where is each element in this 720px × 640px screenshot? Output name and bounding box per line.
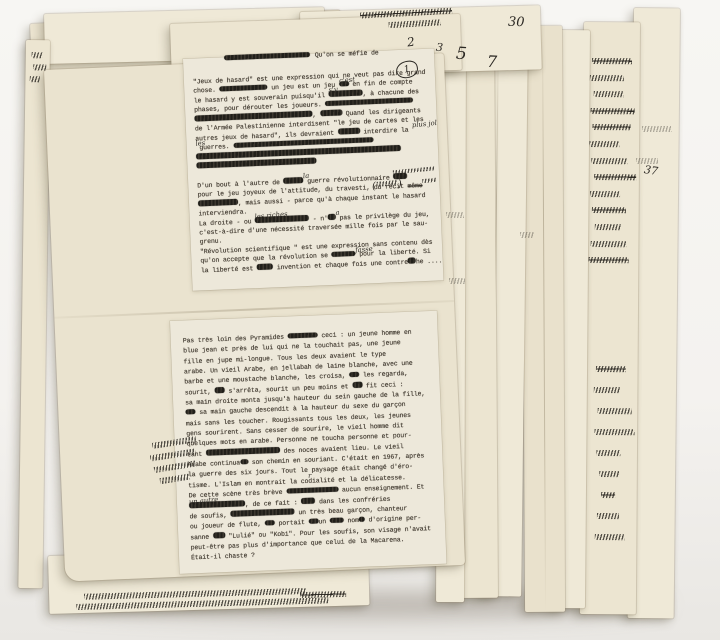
typed-block-1: "Jeux de hasard" est une expression qui … <box>193 62 437 270</box>
handwriting-squiggle <box>596 366 626 372</box>
handwriting-squiggle <box>377 180 397 187</box>
handwriting-squiggle <box>33 64 46 70</box>
ink-obliteration <box>257 264 273 270</box>
handwritten-insert-text: fasse <box>355 246 373 254</box>
handwritten-insert-text: la <box>303 173 310 180</box>
page-number-3: 3 <box>435 41 443 55</box>
handwriting-squiggle <box>30 76 40 82</box>
handwriting-squiggle <box>589 141 619 147</box>
handwriting-squiggle <box>594 387 620 393</box>
handwritten-insert-text: s'y <box>328 87 338 95</box>
page-number-5: 5 <box>455 44 467 65</box>
manuscript-photo: "Jeux de hasard" est une expression qui … <box>0 0 720 640</box>
paper-crease <box>542 26 546 612</box>
typed-sheet-1: "Jeux de hasard" est une expression qui … <box>183 48 443 290</box>
handwriting-squiggle <box>591 108 635 114</box>
typed-sheet-2: Pas très loin des Pyramides ceci : un je… <box>170 311 447 574</box>
typed-text: invention et chaque fois une contre <box>273 259 408 272</box>
handwriting-squiggle <box>598 408 632 414</box>
handwriting-squiggle <box>449 278 465 284</box>
typed-text: la liberté est <box>201 265 258 274</box>
handwriting-squiggle <box>591 241 627 247</box>
handwriting-squiggle <box>594 174 636 180</box>
handwriting-squiggle <box>422 178 436 183</box>
page-number-7: 7 <box>487 52 498 71</box>
handwriting-squiggle <box>446 212 464 218</box>
handwriting-squiggle <box>590 75 624 81</box>
handwritten-insert-text: les <box>195 139 205 147</box>
handwriting-squiggle <box>595 224 621 230</box>
handwriting-squiggle <box>596 450 620 456</box>
handwriting-squiggle <box>636 158 658 164</box>
handwriting-squiggle <box>599 471 619 477</box>
struck-typed-header-line: Qu'on se méfie de <box>205 23 379 84</box>
handwriting-squiggle <box>520 232 534 238</box>
page-number-37: 37 <box>643 163 659 178</box>
ink-obliteration <box>224 51 310 60</box>
handwriting-squiggle <box>589 257 629 263</box>
handwriting-squiggle <box>590 191 620 197</box>
paren-close: ) <box>397 179 402 190</box>
handwriting-squiggle <box>592 207 626 213</box>
typed-text: Était-il chaste ? <box>191 552 255 561</box>
typed-text: he .... <box>416 257 443 265</box>
handwriting-squiggle <box>595 429 635 435</box>
handwriting-squiggle <box>591 158 627 164</box>
typed-block-2: Pas très loin des Pyramides ceci : un je… <box>182 321 440 558</box>
handwriting-squiggle <box>597 513 619 519</box>
handwritten-insert-text: r <box>308 473 312 480</box>
handwriting-squiggle <box>32 52 43 58</box>
handwriting-squiggle <box>642 126 672 132</box>
handwriting-squiggle <box>592 58 632 64</box>
handwriting-squiggle <box>594 91 624 97</box>
page-number-30: 30 <box>508 15 525 31</box>
typed-text: Qu'on se méfie de <box>315 49 379 58</box>
handwriting-squiggle <box>593 124 631 130</box>
handwritten-insert-text: a <box>335 210 340 217</box>
page-number-2: 2 <box>406 35 416 50</box>
handwriting-squiggle <box>601 492 615 498</box>
handwriting-squiggle <box>393 167 435 175</box>
handwriting-squiggle <box>595 534 625 540</box>
paper-edge-back-4 <box>522 26 565 612</box>
